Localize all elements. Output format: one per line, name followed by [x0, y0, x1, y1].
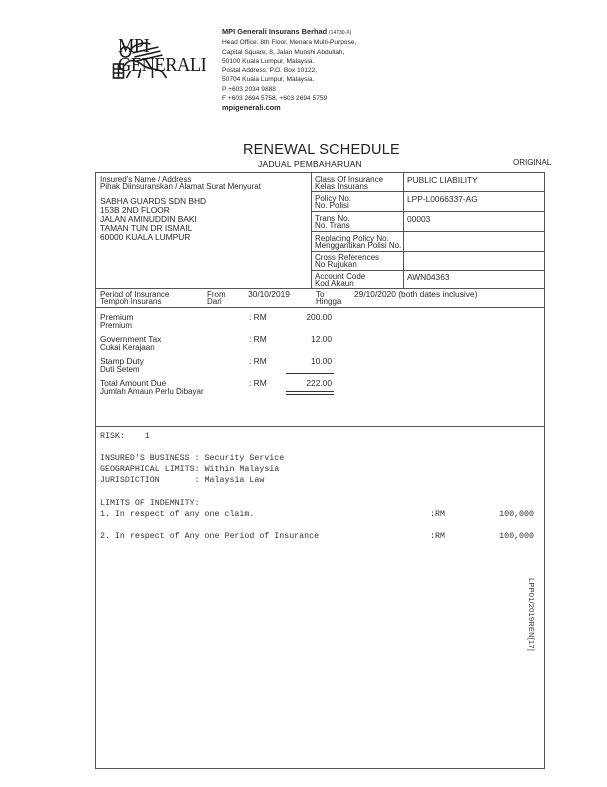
divider: [96, 307, 545, 308]
detail-value: : Malaysia Law: [195, 476, 265, 485]
company-fax: F +603 2694 5758, +603 2694 5759: [222, 94, 356, 103]
gov-tax-currency: : RM: [249, 335, 267, 345]
divider: [311, 270, 545, 271]
period-from-date: 30/10/2019: [248, 290, 290, 300]
document-subtitle: JADUAL PEMBAHARUAN: [258, 159, 362, 169]
company-website: mpigenerali.com: [222, 103, 356, 112]
trans-no-value: 00003: [407, 215, 430, 225]
copy-label: ORIGINAL: [513, 158, 551, 167]
limit-item-1-text: 1. In respect of any one claim.: [100, 510, 254, 521]
subtotal-rule: [286, 373, 334, 374]
insured-label-my: Pihak Diinsuranskan / Alamat Surat Menyu…: [100, 183, 261, 191]
class-label-my: Kelas Insurans: [315, 183, 368, 191]
stamp-duty-amount: 10.00: [292, 357, 332, 367]
period-to-date: 29/10/2020 (both dates inclusive): [354, 290, 477, 300]
insured-address-line: 60000 KUALA LUMPUR: [100, 233, 190, 243]
trans-no-label-my: No. Trans: [315, 222, 350, 230]
account-code-label-my: Kod Akaun: [315, 280, 354, 288]
risk-detail-jurisdiction: JURISDICTION : Malaysia Law: [100, 476, 264, 487]
total-amount: 222.00: [292, 379, 332, 389]
premium-amount: 200.00: [292, 313, 332, 323]
detail-label: GEOGRAPHICAL LIMITS: [100, 465, 195, 474]
divider: [96, 426, 545, 427]
form-code: LPP01/2019REN[17]: [527, 578, 536, 651]
company-name: MPI Generali Insurans Berhad: [222, 27, 327, 36]
detail-label: INSURED'S BUSINESS: [100, 454, 195, 463]
risk-detail-geographical: GEOGRAPHICAL LIMITS: Within Malaysia: [100, 465, 279, 476]
from-label-my: Dari: [207, 298, 222, 306]
risk-label: RISK: 1: [100, 432, 150, 443]
detail-label: JURISDICTION: [100, 476, 195, 485]
divider: [311, 251, 545, 252]
logo-line-2: GENERALI: [118, 56, 206, 75]
premium-currency: : RM: [249, 313, 267, 323]
detail-value: : Within Malaysia: [195, 465, 280, 474]
company-address-line: 50100 Kuala Lumpur, Malaysia.: [222, 57, 356, 66]
risk-number: 1: [145, 432, 150, 441]
company-phone: P +603 2034 9888: [222, 85, 356, 94]
logo-wordmark: MPI GENERALI: [118, 37, 206, 75]
cross-ref-label-my: No Rujukan: [315, 261, 357, 269]
policy-no-label-my: No. Polisi: [315, 202, 349, 210]
policy-no-value: LPP-L0066337-AG: [407, 195, 478, 205]
stamp-duty-currency: : RM: [249, 357, 267, 367]
limit-item-2-currency: :RM: [430, 532, 445, 543]
premium-label-my: Premium: [100, 322, 132, 330]
divider: [311, 211, 545, 212]
company-address-line: Postal Address: P.O. Box 10122,: [222, 66, 356, 75]
gov-tax-amount: 12.00: [292, 335, 332, 345]
to-label-my: Hingga: [316, 298, 341, 306]
limit-item-2-text: 2. In respect of Any one Period of Insur…: [100, 532, 319, 543]
class-of-insurance-value: PUBLIC LIABILITY: [407, 176, 478, 186]
company-reg-no: (14730-X): [329, 30, 351, 36]
company-address-line: Head Office: 8th Floor, Menara Multi-Pur…: [222, 38, 356, 47]
detail-value: : Security Service: [195, 454, 285, 463]
document-title: RENEWAL SCHEDULE: [243, 142, 400, 158]
limit-item-2-amount: 100,000: [486, 532, 534, 543]
limits-heading: LIMITS OF INDEMNITY:: [100, 499, 200, 510]
company-address-line: Capital Square, 8, Jalan Munshi Abdullah…: [222, 48, 356, 57]
total-double-rule: [286, 394, 334, 395]
risk-detail-business: INSURED'S BUSINESS : Security Service: [100, 454, 284, 465]
total-double-rule: [286, 391, 334, 392]
company-address-line: 50704 Kuala Lumpur, Malaysia.: [222, 75, 356, 84]
replacing-policy-label-my: Menggantikan Polisi No.: [315, 242, 401, 250]
account-code-value: AWN04363: [407, 273, 450, 283]
divider: [311, 231, 545, 232]
risk-label-text: RISK:: [100, 432, 125, 441]
total-currency: : RM: [249, 379, 267, 389]
period-label-my: Tempoh Insurans: [100, 298, 161, 306]
limit-item-1-amount: 100,000: [486, 510, 534, 521]
stamp-duty-label-my: Duti Setem: [100, 366, 140, 374]
company-info: MPI Generali Insurans Berhad (14730-X) H…: [222, 27, 356, 113]
limit-item-1-currency: :RM: [430, 510, 445, 521]
gov-tax-label-my: Cukai Kerajaan: [100, 344, 155, 352]
total-label-my: Jumlah Amaun Perlu Dibayar: [100, 388, 204, 396]
schedule-frame: Insured's Name / Address Pihak Diinsuran…: [95, 172, 545, 769]
